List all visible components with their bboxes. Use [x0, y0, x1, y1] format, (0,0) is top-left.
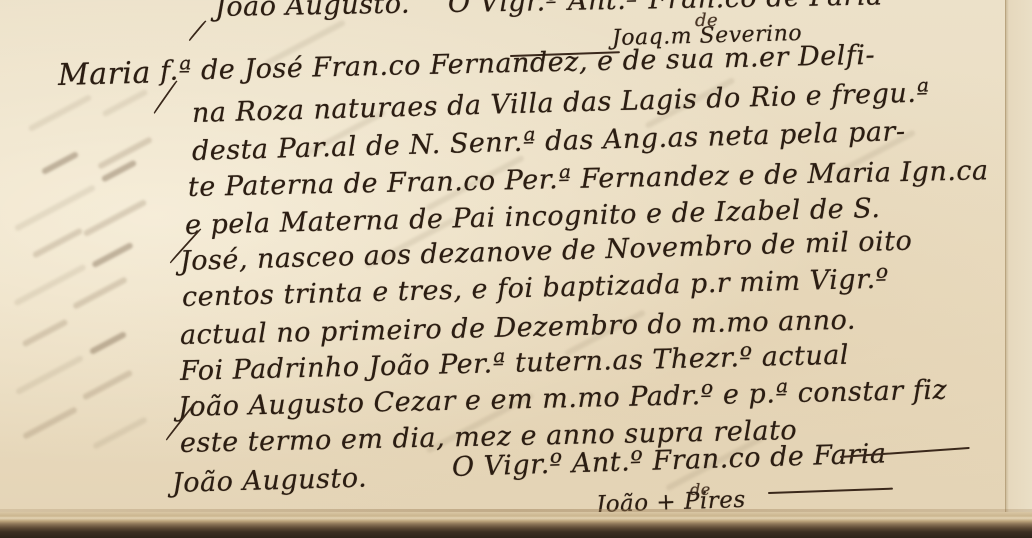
margin-name: Maria: [58, 56, 152, 93]
closing-signature-left: João Augusto.: [172, 463, 368, 499]
top-flourish: [188, 20, 206, 41]
signature-underline: [768, 488, 893, 494]
manuscript-page: João Augusto. O Vigr.º Ant.º Fran.co de …: [0, 0, 1032, 538]
adjacent-page-edge: [1005, 0, 1032, 538]
record-line-1: f.ª de José Fran.co Fernandez, e de sua …: [160, 40, 876, 87]
top-signature-left: João Augusto.: [215, 0, 411, 23]
top-signature-right: O Vigr.º Ant.º Fran.co de Faria: [448, 0, 883, 19]
page-stack-edge: [0, 512, 1032, 538]
